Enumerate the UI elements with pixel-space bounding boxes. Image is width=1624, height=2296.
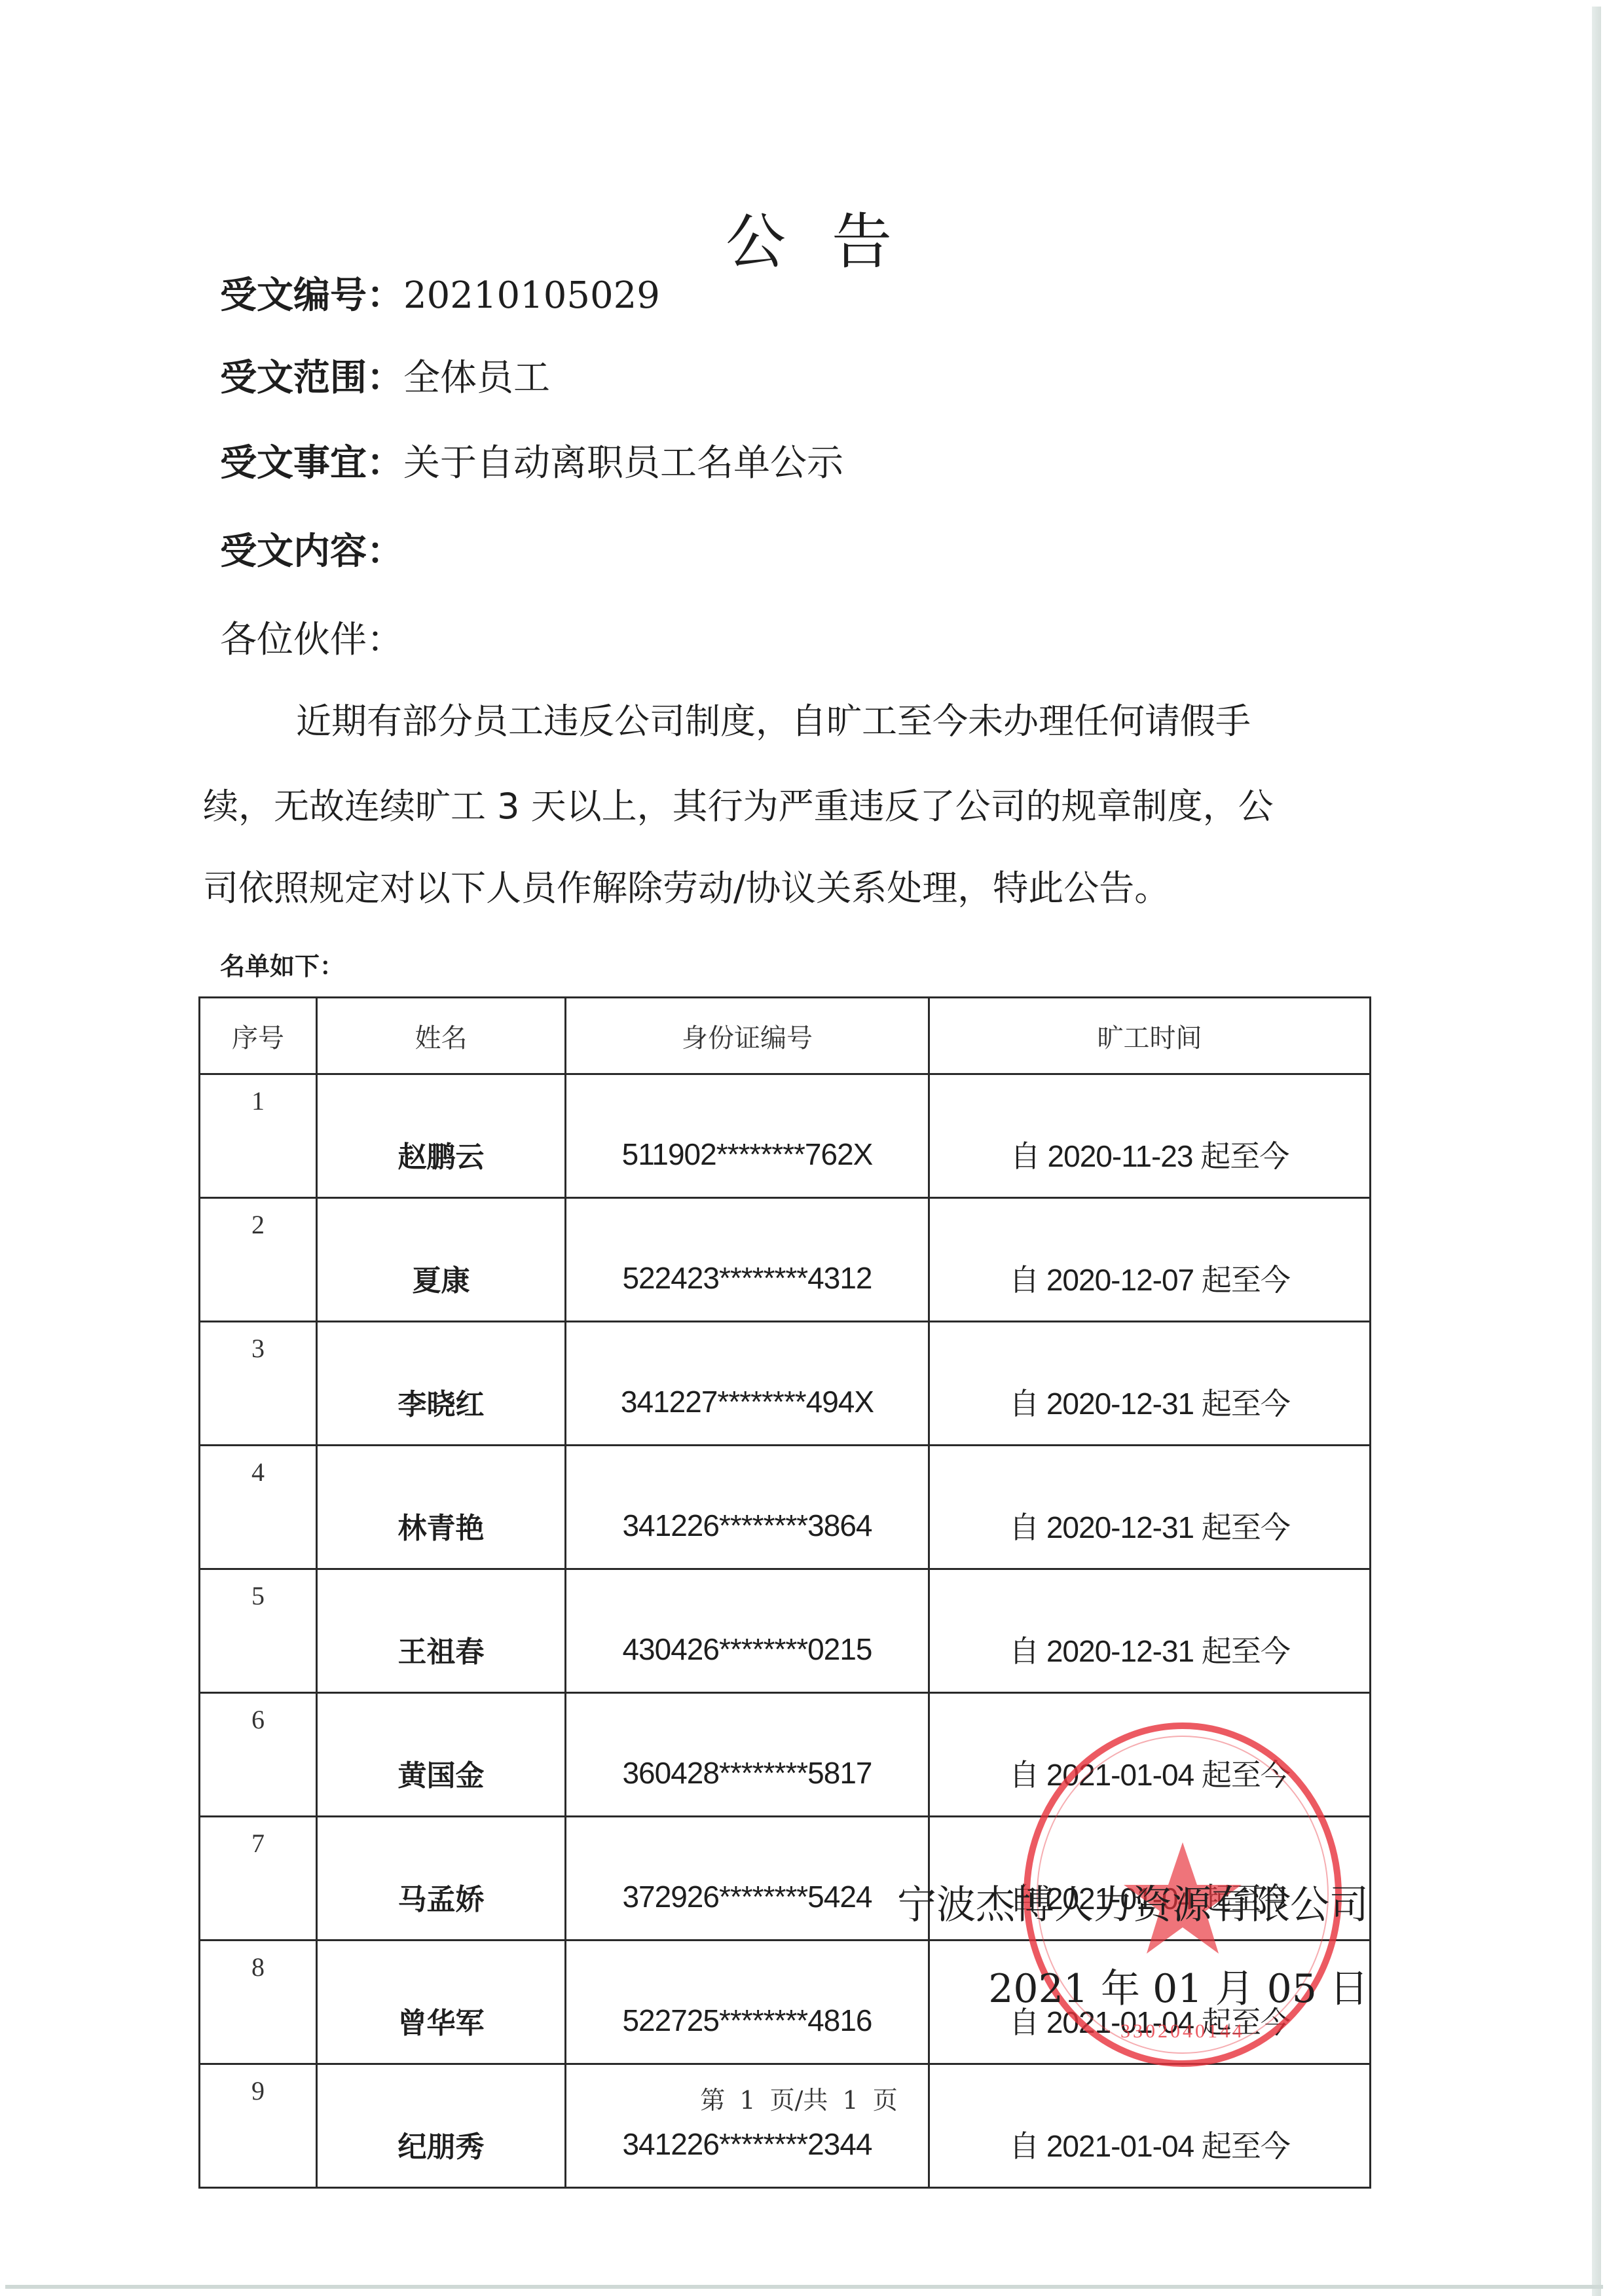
row-absence-period: 自 2020-11-23 起至今 <box>929 1074 1371 1198</box>
table-row: 1赵鹏云511902********762X自 2020-11-23 起至今 <box>200 1074 1371 1198</box>
row-id-number: 522725********4816 <box>566 1941 929 2064</box>
scan-edge-right <box>1592 7 1601 2296</box>
table-row: 6黄国金360428********5817自 2021-01-04 起至今 <box>200 1693 1371 1817</box>
issue-date: 2021 年 01 月 05 日 <box>988 1969 1369 2009</box>
row-id-number: 522423********4312 <box>566 1198 929 1322</box>
row-absence-period: 自 2020-12-31 起至今 <box>929 1322 1371 1446</box>
document-title: 公告 <box>0 212 1624 272</box>
issuer-company-name: 宁波杰博人力资源有限公司 <box>897 1886 1369 1925</box>
row-name: 赵鹏云 <box>317 1074 566 1198</box>
row-seq: 7 <box>200 1817 317 1941</box>
row-id-number: 372926********5424 <box>566 1817 929 1941</box>
greeting: 各位伙伴： <box>220 622 403 659</box>
table-header-row: 序号 姓名 身份证编号 旷工时间 <box>200 998 1371 1074</box>
row-id-number: 341226********3864 <box>566 1446 929 1569</box>
header-absence-period: 旷工时间 <box>929 998 1371 1074</box>
field-subject: 受文事宜：关于自动离职员工名单公示 <box>220 445 843 482</box>
row-name: 夏康 <box>317 1198 566 1322</box>
field-label: 受文内容： <box>220 530 403 573</box>
row-absence-period: 自 2021-01-04 起至今 <box>929 1693 1371 1817</box>
table-row: 2夏康522423********4312自 2020-12-07 起至今 <box>200 1198 1371 1322</box>
table-row: 4林青艳341226********3864自 2020-12-31 起至今 <box>200 1446 1371 1569</box>
row-id-number: 511902********762X <box>566 1074 929 1198</box>
body-line-2: 续，无故连续旷工 3 天以上，其行为严重违反了公司的规章制度，公 <box>203 789 1356 824</box>
field-value: 全体员工 <box>403 357 550 399</box>
body-line-1: 近期有部分员工违反公司制度，自旷工至今未办理任何请假手 <box>203 704 1449 739</box>
field-content: 受文内容： <box>220 534 403 570</box>
field-label: 受文事宜： <box>220 442 403 484</box>
row-seq: 3 <box>200 1322 317 1446</box>
row-name: 马孟娇 <box>317 1817 566 1941</box>
row-seq: 6 <box>200 1693 317 1817</box>
row-seq: 8 <box>200 1941 317 2064</box>
field-value: 20210105029 <box>403 274 660 317</box>
page-number-footer: 第 1 页/共 1 页 <box>0 2080 1624 2116</box>
row-name: 王祖春 <box>317 1569 566 1693</box>
row-seq: 5 <box>200 1569 317 1693</box>
body-line-3: 司依照规定对以下人员作解除劳动/协议关系处理，特此公告。 <box>203 871 1356 906</box>
header-name: 姓名 <box>317 998 566 1074</box>
row-absence-period: 自 2020-12-31 起至今 <box>929 1569 1371 1693</box>
row-absence-period: 自 2020-12-07 起至今 <box>929 1198 1371 1322</box>
header-seq: 序号 <box>200 998 317 1074</box>
row-seq: 4 <box>200 1446 317 1569</box>
row-id-number: 360428********5817 <box>566 1693 929 1817</box>
row-seq: 1 <box>200 1074 317 1198</box>
table-row: 5王祖春430426********0215自 2020-12-31 起至今 <box>200 1569 1371 1693</box>
table-row: 3李晓红341227********494X自 2020-12-31 起至今 <box>200 1322 1371 1446</box>
row-id-number: 430426********0215 <box>566 1569 929 1693</box>
row-name: 黄国金 <box>317 1693 566 1817</box>
list-caption: 名单如下： <box>220 954 344 979</box>
field-label: 受文范围： <box>220 357 403 399</box>
row-seq: 2 <box>200 1198 317 1322</box>
field-document-number: 受文编号：20210105029 <box>220 278 660 314</box>
row-name: 曾华军 <box>317 1941 566 2064</box>
row-name: 李晓红 <box>317 1322 566 1446</box>
field-label: 受文编号： <box>220 274 403 317</box>
row-id-number: 341227********494X <box>566 1322 929 1446</box>
header-id-number: 身份证编号 <box>566 998 929 1074</box>
field-value: 关于自动离职员工名单公示 <box>403 442 843 484</box>
scan-edge-bottom <box>5 2285 1603 2289</box>
field-scope: 受文范围：全体员工 <box>220 360 550 397</box>
row-name: 林青艳 <box>317 1446 566 1569</box>
row-absence-period: 自 2020-12-31 起至今 <box>929 1446 1371 1569</box>
